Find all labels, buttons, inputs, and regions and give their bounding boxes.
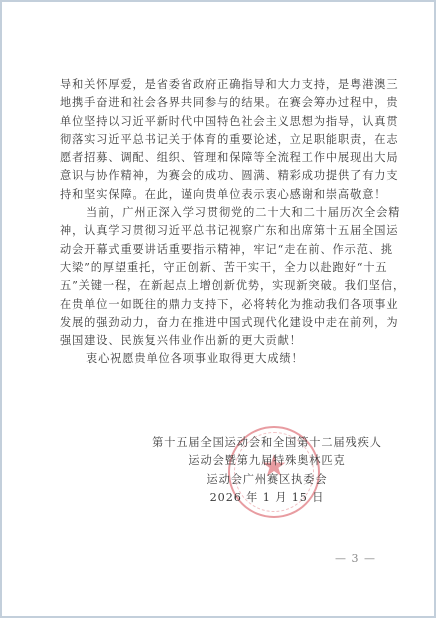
text-line: 发展的强劲动力，奋力在推进中国式现代化建设中走在前列，为 [60, 314, 390, 332]
text-line: 大梁”的厚望重托，守正创新、苦干实干，全力以赴跑好“十五 [60, 259, 390, 277]
text-line: 持和坚实保障。在此，谨向贵单位表示衷心感谢和崇高敬意！ [60, 186, 390, 204]
paragraph-2: 当前，广州正深入学习贯彻党的二十大和二十届历次全会精 神，认真学习贯彻习近平总书… [60, 204, 390, 350]
text-line: 意识与协作精神，为赛会的成功、圆满、精彩成功提供了有力支 [60, 167, 390, 185]
signature-org-line: 运动会暨第九届特殊奥林匹克 [132, 452, 402, 470]
text-line: 强国建设、民族复兴伟业作出新的更大贡献！ [60, 332, 390, 350]
document-page: 导和关怀厚爱，是省委省政府正确指导和大力支持，是粤港澳三 地携手奋进和社会各界共… [0, 0, 436, 618]
text-line: 衷心祝愿贵单位各项事业取得更大成绩！ [60, 350, 390, 368]
text-line: 地携手奋进和社会各界共同参与的结果。在赛会筹办过程中，贵 [60, 94, 390, 112]
signature-block: 第十五届全国运动会和全国第十二届残疾人 运动会暨第九届特殊奥林匹克 运动会广州赛… [132, 434, 402, 507]
text-line: 神，认真学习贯彻习近平总书记视察广东和出席第十五届全国运 [60, 222, 390, 240]
page-number: — 3 — [335, 552, 376, 565]
text-line: 愿者招募、调配、组织、管理和保障等全流程工作中展现出大局 [60, 149, 390, 167]
text-line: 五”关键一程，在新起点上增创新优势，实现新突破。我们坚信， [60, 277, 390, 295]
text-line: 在贵单位一如既往的鼎力支持下，必将转化为推动我们各项事业 [60, 296, 390, 314]
signature-org-line: 第十五届全国运动会和全国第十二届残疾人 [132, 434, 402, 452]
signature-date: 2026 年 1 月 15 日 [132, 489, 402, 507]
text-line: 当前，广州正深入学习贯彻党的二十大和二十届历次全会精 [60, 204, 390, 222]
text-line: 单位坚持以习近平新时代中国特色社会主义思想为指导，认真贯 [60, 113, 390, 131]
letter-body: 导和关怀厚爱，是省委省政府正确指导和大力支持，是粤港澳三 地携手奋进和社会各界共… [60, 76, 390, 369]
text-line: 导和关怀厚爱，是省委省政府正确指导和大力支持，是粤港澳三 [60, 76, 390, 94]
paragraph-3: 衷心祝愿贵单位各项事业取得更大成绩！ [60, 350, 390, 368]
signature-org-line: 运动会广州赛区执委会 [132, 471, 402, 489]
text-line: 动会开幕式重要讲话重要指示精神，牢记“走在前、作示范、挑 [60, 241, 390, 259]
text-line: 彻落实习近平总书记关于体育的重要论述，立足职能职责，在志 [60, 131, 390, 149]
paragraph-1: 导和关怀厚爱，是省委省政府正确指导和大力支持，是粤港澳三 地携手奋进和社会各界共… [60, 76, 390, 204]
